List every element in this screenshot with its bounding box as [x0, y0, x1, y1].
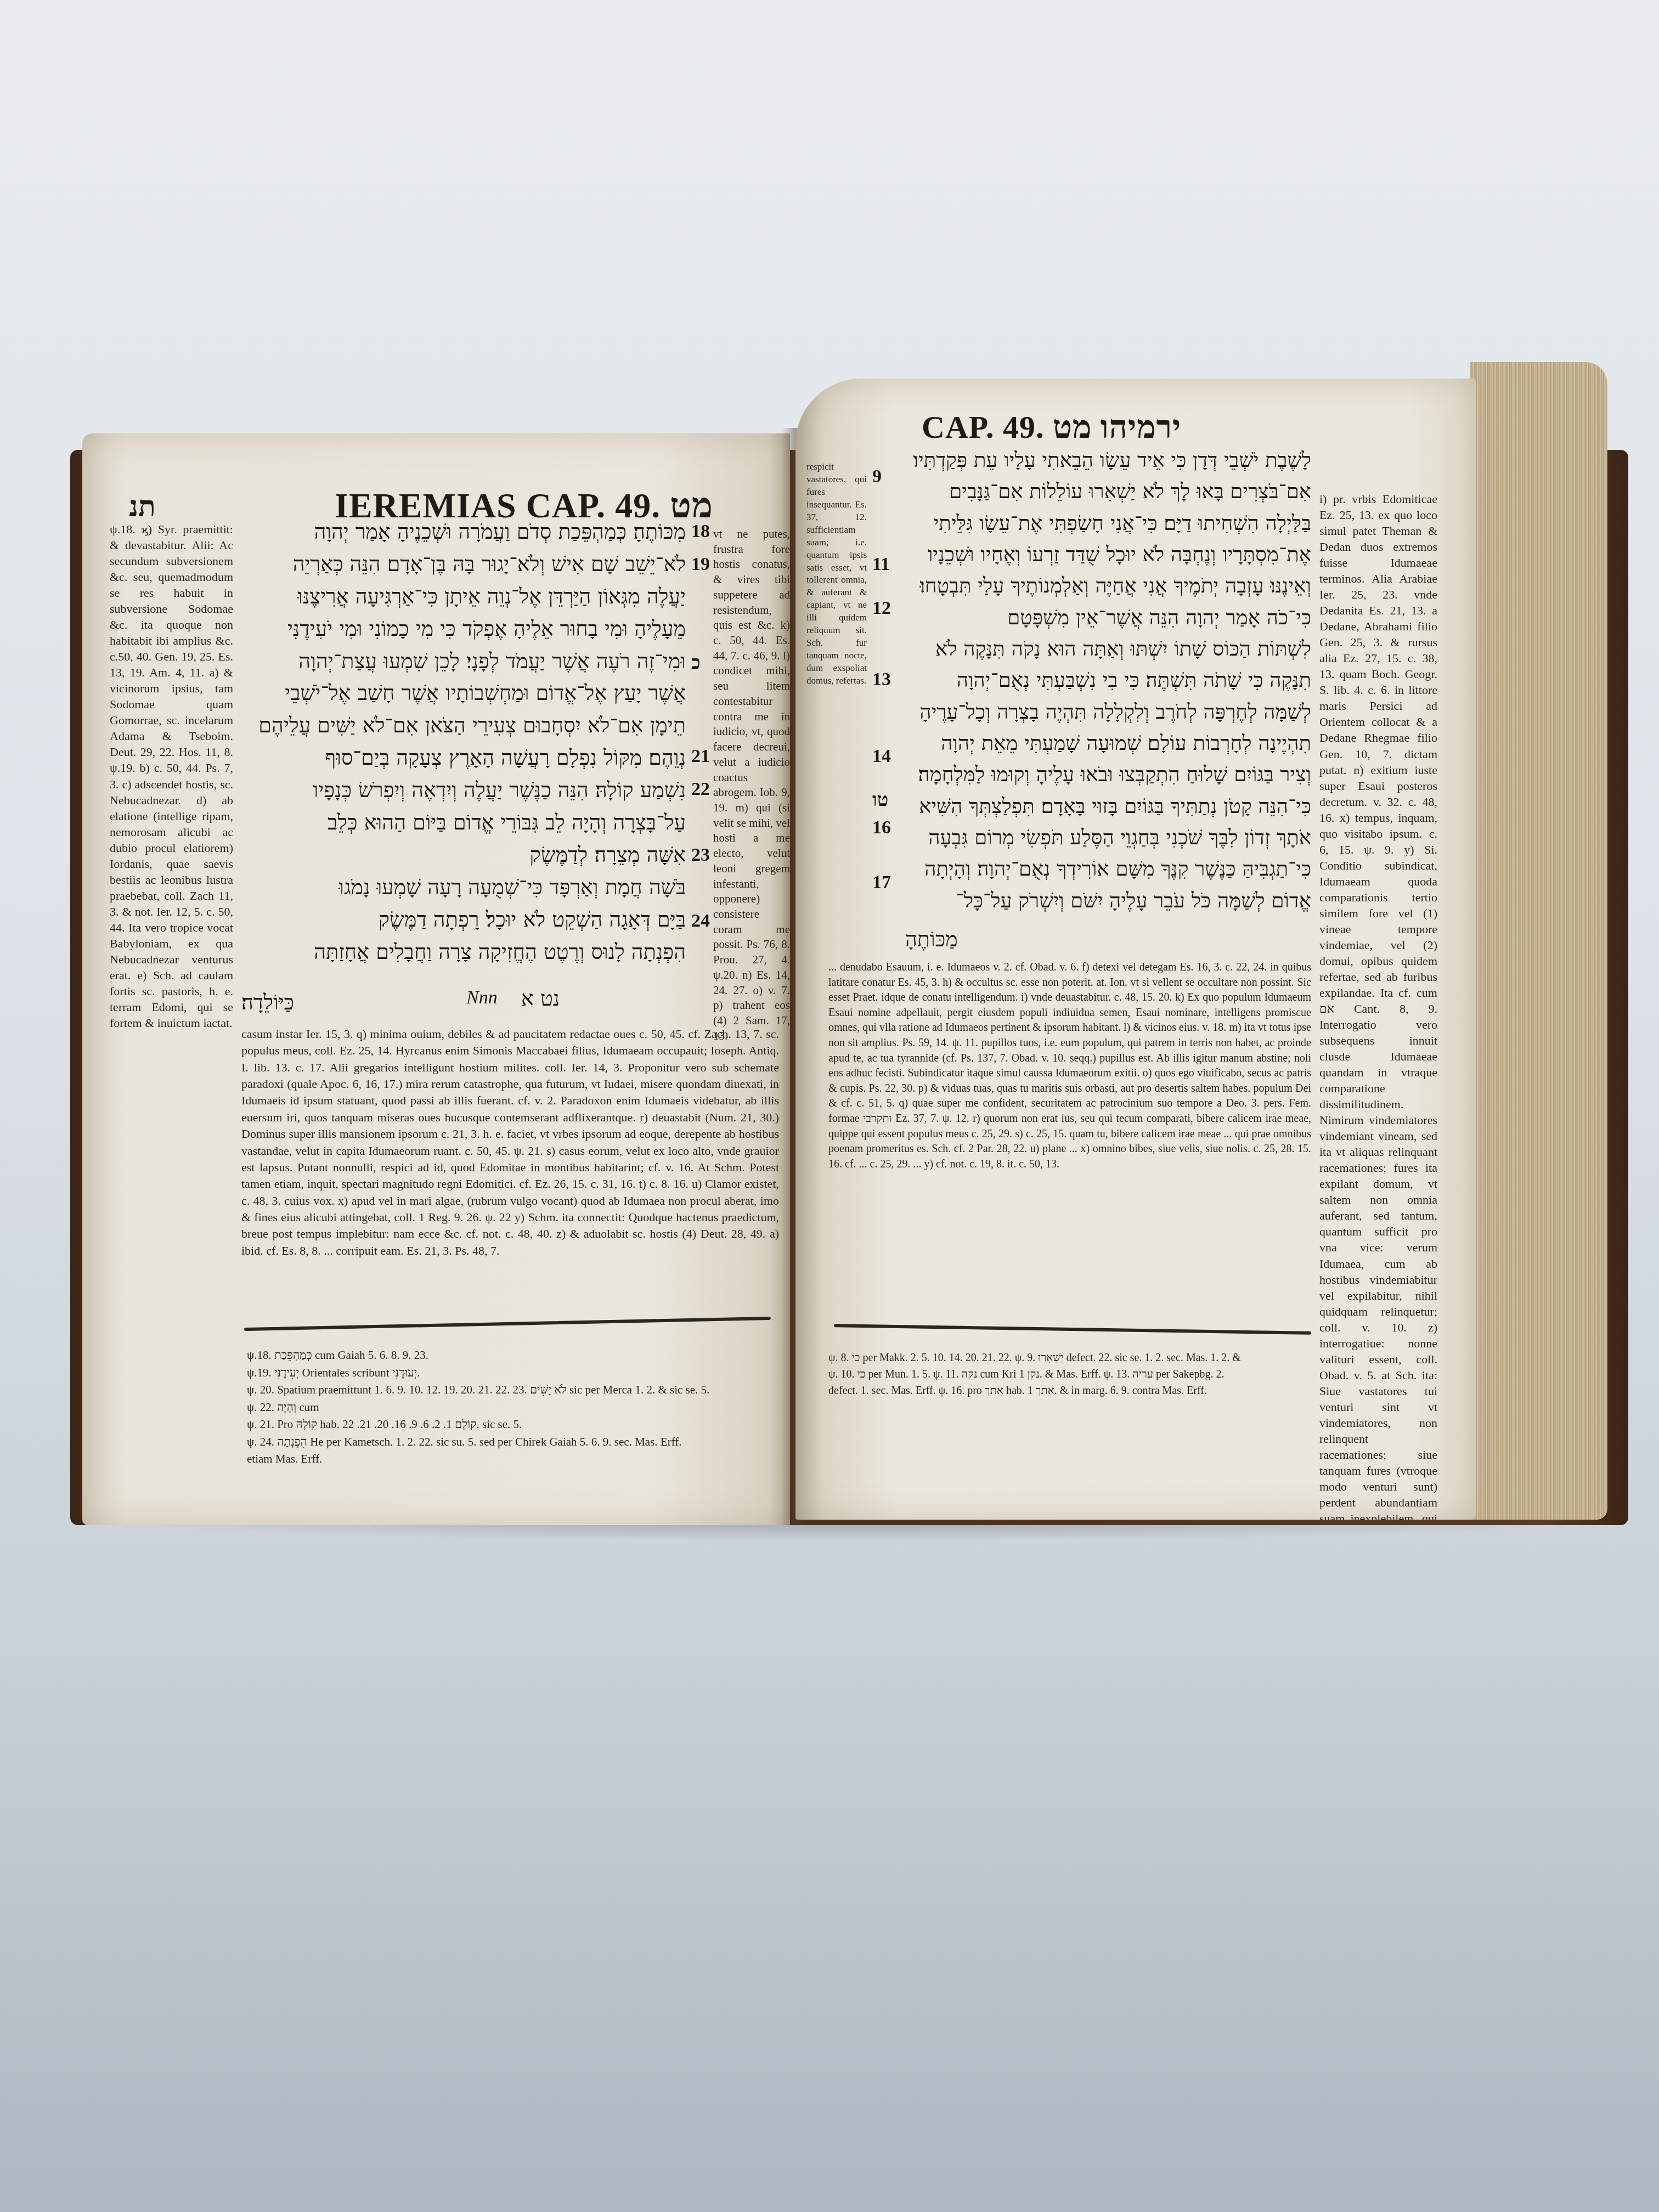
hebrew-line: וְצִיר בַּגּוֹיִם שָׁלוּחַ הִתְקַבְּצוּ …: [900, 759, 1311, 790]
outer-margin-note: i) pr. vrbis Edomiticae Ez. 25, 13. ex q…: [1319, 491, 1437, 1520]
verse-number: 21: [691, 746, 710, 767]
footnotes: ψ. 8. כי per Makk. 2. 5. 10. 14. 20. 21.…: [828, 1350, 1311, 1399]
hebrew-line: אִם־בֹּצְרִים בָּאוּ לָךְ לֹא יַשְׁאִרוּ…: [900, 476, 1311, 507]
page-edges: [1470, 362, 1607, 1520]
hebrew-line: אֹתָךְ זְדוֹן לִבֶּךָ שֹׁכְנִי בְּחַגְוֵ…: [900, 822, 1311, 853]
hebrew-line: לָשֶׁבֶת יֹשְׁבֵי דְּדָן כִּי אֵיד עֵשָׂ…: [900, 444, 1311, 476]
hebrew-line: בַּיָּם דְּאָגָה הַשְׁקֵט לֹא יוּכָל׃ רָ…: [241, 904, 686, 936]
right-page[interactable]: CAP. 49. ירמיהו מט respicit vastatores, …: [795, 379, 1476, 1520]
hebrew-line: תִנָּקֶה כִּי שָׁתֹה תִּשְׁתֶּה׃ כִּי בִ…: [900, 664, 1311, 696]
verse-number: כ: [691, 653, 701, 674]
footnote: etiam Mas. Erff.: [247, 1451, 774, 1468]
inner-margin-note: respicit vastatores, qui fures insequant…: [806, 461, 867, 687]
commentary: casum instar Ier. 15, 3. q) minima ouium…: [241, 1026, 779, 1259]
hebrew-line: כִּי־כֹה אָמַר יְהוָה הִנֵּה אֲשֶׁר־אֵין…: [900, 602, 1311, 633]
hebrew-line: מֵעָלֶיהָ וּמִי בָחוּר אֵלֶיהָ אֶפְקֹד כ…: [241, 613, 686, 645]
hebrew-line: כִּי־תַגְבִּיהַּ כַּנֶּשֶׁר קִנֶּךָ מִשָ…: [900, 853, 1311, 884]
hebrew-line: בַּלַּיְלָה הִשְׁחִיתוּ דַיָּם׃ כִּי־אֲנ…: [900, 507, 1311, 539]
footnote: ψ. 24. הִפְנְתָה He per Kametsch. 1. 2. …: [247, 1434, 774, 1451]
verse-number: 12: [872, 598, 891, 619]
footnote: ψ. 20. Spatium praemittunt 1. 6. 9. 10. …: [247, 1381, 774, 1399]
hebrew-text: לָשֶׁבֶת יֹשְׁבֵי דְּדָן כִּי אֵיד עֵשָׂ…: [900, 444, 1311, 916]
hebrew-line: עַל־בָּצְרָה וְהָיָה לֵב גִּבּוֹרֵי אֱדו…: [241, 806, 686, 839]
signature-hebrew: נט א: [521, 986, 560, 1011]
commentary: ... denudabo Esauum, i. e. Idumaeos v. 2…: [828, 960, 1311, 1172]
hebrew-line: אֶת־מִסְתָּרָיו וְנֶחְבָּה לֹא יוּכָל שֻ…: [900, 539, 1311, 570]
verse-number: 19: [691, 554, 710, 575]
footnote: ψ. 10. כי per Mun. 1. 5. ψ. 11. נקה cum …: [828, 1366, 1311, 1383]
hebrew-text: מִכּוֹתֶהָ׃ כְּמַהְפֵּכַת סְדֹם וַעֲמֹרָ…: [241, 516, 686, 968]
inner-margin-note: vt ne putes, frustra fore hostis conatus…: [713, 527, 790, 1043]
left-page[interactable]: תנ IEREMIAS CAP. 49. מט ψ.18. ϗ) Syr. pr…: [82, 433, 790, 1525]
verse-number: 24: [691, 911, 710, 932]
verse-number: 17: [872, 872, 891, 893]
hebrew-line: אֲשֶׁר יָעַץ אֶל־אֱדוֹם וּמַחְשְׁבוֹתָיו…: [241, 677, 686, 709]
verse-number: 14: [872, 746, 891, 767]
footnote-rule: [244, 1317, 771, 1331]
outer-margin-note: ψ.18. ϗ) Syr. praemittit: & devastabitur…: [110, 521, 233, 1031]
footnote: ψ. 8. כי per Makk. 2. 5. 10. 14. 20. 21.…: [828, 1350, 1311, 1366]
hebrew-line: אִשָּׁה מְצֵרָה׃ לְדַמֶּשֶׂק: [241, 839, 686, 871]
running-head: CAP. 49. ירמיהו מט: [922, 409, 1181, 445]
hebrew-line: מִכּוֹתֶהָ׃ כְּמַהְפֵּכַת סְדֹם וַעֲמֹרָ…: [241, 516, 686, 548]
hebrew-line: לְשַׁמָּה לְחֶרְפָּה לְחֹרֶב וְלִקְלָלָה…: [900, 696, 1311, 727]
verse-number: 11: [872, 554, 890, 575]
hebrew-line: יַעֲלֶה מִגְּאוֹן הַיַּרְדֵּן אֶל־נְוֵה …: [241, 580, 686, 613]
verse-number: 18: [691, 521, 710, 542]
hebrew-line: הִפְנְתָה לָנוּס וְרֶטֶט הֶחֱזִיקָה צָרָ…: [241, 936, 686, 968]
signature-mark: Nnn: [466, 988, 498, 1008]
hebrew-line: כִּי־הִנֵּה קָטֹן נְתַתִּיךָ בַּגּוֹיִם …: [900, 791, 1311, 822]
verse-number: 22: [691, 779, 710, 800]
footnote: ψ.19. יְעִידֶנִּי Orientales scribunt יְ…: [247, 1364, 774, 1382]
hebrew-line: לֹא־יֵשֵׁב שָׁם אִישׁ וְלֹא־יָגוּר בָּהּ…: [241, 548, 686, 580]
folio-number: תנ: [129, 491, 156, 523]
footnote: ψ. 21. Pro קוֹלָהּ hab. קוֹלָם 1. 2. 6. …: [247, 1416, 774, 1434]
hebrew-line: נְוֵהֶם׃ מִקּוֹל נִפְלָם רָעֲשָׁה הָאָרֶ…: [241, 742, 686, 774]
verse-number: 13: [872, 669, 891, 690]
footnote: defect. 1. sec. Mas. Erff. ψ. 16. pro את…: [828, 1383, 1311, 1399]
hebrew-line: וְאֵינֶנּוּ׃ עָזְבָה יְתֹמֶיךָ אֲנִי אֲח…: [900, 570, 1311, 601]
hebrew-line: תֵימָן אִם־לֹא יִסְחָבוּם צְעִירֵי הַצֹּ…: [241, 709, 686, 742]
footnotes: ψ.18. כְּמַהְפֵּכַת cum Gaiah 5. 6. 8. 9…: [247, 1347, 774, 1468]
verse-number: 9: [872, 466, 882, 487]
footnote-rule: [834, 1324, 1311, 1335]
verse-number: טו: [872, 790, 888, 811]
footnote: ψ.18. כְּמַהְפֵּכַת cum Gaiah 5. 6. 8. 9…: [247, 1347, 774, 1364]
hebrew-line: בֹּשָׁה חֲמָת וְאַרְפָּד כִּי־שְׁמֻעָה ר…: [241, 871, 686, 904]
verse-number: 16: [872, 817, 891, 838]
hebrew-line: לִשְׁתּוֹת הַכּוֹס שָׁתוֹ יִשְׁתּוּ וְאַ…: [900, 633, 1311, 664]
hebrew-line: תִהְיֶינָה לְחָרְבוֹת עוֹלָם׃ שְׁמוּעָה …: [900, 727, 1311, 759]
verse-number: 23: [691, 845, 710, 866]
footnote: ψ. 22. וְהָיָה cum: [247, 1399, 774, 1417]
catchword: מַכּוֹתֶהָ: [905, 927, 958, 952]
hebrew-line: וּמִי־זֶה רֹעֶה אֲשֶׁר יַעֲמֹד לְפָנָי׃ …: [241, 645, 686, 678]
hebrew-line: נִשְׁמַע קוֹלָהּ׃ הִנֵּה כַנֶּשֶׁר יַעֲל…: [241, 774, 686, 806]
hebrew-line: אֱדוֹם לְשַׁמָּה כֹּל עֹבֵר עָלֶיהָ יִשֹ…: [900, 885, 1311, 916]
last-hebrew-word: כַּיּוֹלֵדָה׃: [241, 990, 294, 1015]
